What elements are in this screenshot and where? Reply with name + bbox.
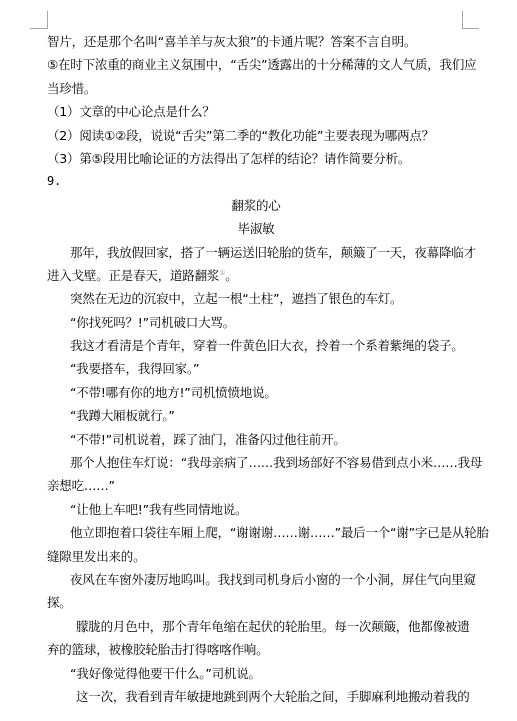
story-line-text: “不带!哪有你的地方!”司机愤愤地说。 xyxy=(70,385,277,400)
story-line-text: 他立即抱着口袋往车厢上爬，“谢谢谢……谢……”最后一个“谢”字已是从轮胎 xyxy=(70,525,489,540)
story-line: 他立即抱着口袋往车厢上爬，“谢谢谢……谢……”最后一个“谢”字已是从轮胎 xyxy=(47,521,465,544)
story-line: 突然在无边的沉寂中，立起一根“土柱”，遮挡了银色的车灯。 xyxy=(47,287,465,310)
question-list: （1）文章的中心论点是什么？ （2）阅读①②段，说说“舌尖”第二季的“教化功能”… xyxy=(47,100,465,170)
story-line-text: “你找死吗？!”司机破口大骂。 xyxy=(70,315,235,330)
story-line: 我这才看清是个青年，穿着一件黄色旧大衣，拎着一个系着紫绳的袋子。 xyxy=(47,334,465,357)
question-number: 9. xyxy=(47,170,465,193)
story-line: “你找死吗？!”司机破口大骂。 xyxy=(47,311,465,334)
story-line-text: “我好像觉得他要干什么。”司机说。 xyxy=(70,666,261,681)
story-title: 翻浆的心 xyxy=(47,194,465,217)
story-line-text: “让他上车吧!”我有些同情地说。 xyxy=(70,502,247,517)
story-body: 那年，我放假回家，搭了一辆运送旧轮胎的货车，颠簸了一天，夜幕降临才进入戈壁。正是… xyxy=(47,241,465,709)
story-line: 亲想吃……” xyxy=(47,474,465,497)
story-line: 那年，我放假回家，搭了一辆运送旧轮胎的货车，颠簸了一天，夜幕降临才 xyxy=(47,241,465,264)
story-line: “不带!哪有你的地方!”司机愤愤地说。 xyxy=(47,381,465,404)
story-line-text: “我要搭车，我得回家。” xyxy=(70,361,199,376)
story-line: 这一次，我看到青年敏捷地跳到两个大轮胎之间，手脚麻利地搬动着我的 xyxy=(47,685,465,708)
story-line-text: “不带!”司机说着，踩了油门，准备闪过他往前开。 xyxy=(70,432,346,447)
question-item: （1）文章的中心论点是什么？ xyxy=(47,100,465,123)
story-line-text: 我这才看清是个青年，穿着一件黄色旧大衣，拎着一个系着紫绳的袋子。 xyxy=(70,338,464,353)
story-line-text: 那个人抱住车灯说：“我母亲病了……我到场部好不容易借到点小米……我母 xyxy=(70,455,482,470)
story-line-text: 弃的篮球，被橡胶轮胎击打得喀喀作响。 xyxy=(47,642,268,657)
story-line-text: 进入戈壁。正是春天，道路翻浆 xyxy=(47,268,219,283)
crop-mark-horizontal xyxy=(30,28,47,29)
story-line-text: 缝隙里发出来的。 xyxy=(47,549,145,564)
story-line: 朦胧的月色中，那个青年龟缩在起伏的轮胎里。每一次颠簸，他都像被遗 xyxy=(47,615,465,638)
story-author: 毕淑敏 xyxy=(47,217,465,240)
story-line-text: 夜风在车窗外凄厉地呜叫。我找到司机身后小窗的一个小洞，屏住气向里窥 xyxy=(70,572,476,587)
story-line: “不带!”司机说着，踩了油门，准备闪过他往前开。 xyxy=(47,428,465,451)
story-line-text: 突然在无边的沉寂中，立起一根“土柱”，遮挡了银色的车灯。 xyxy=(70,291,402,306)
story-line: 弃的篮球，被橡胶轮胎击打得喀喀作响。 xyxy=(47,638,465,661)
paragraph-line: ⑤在时下浓重的商业主义氛围中，“舌尖”透露出的十分稀薄的文人气质，我们应 xyxy=(47,53,465,76)
story-line: “让他上车吧!”我有些同情地说。 xyxy=(47,498,465,521)
question-item: （2）阅读①②段，说说“舌尖”第二季的“教化功能”主要表现为哪两点？ xyxy=(47,124,465,147)
story-line-text: “我蹲大厢板就行。” xyxy=(70,408,175,423)
story-line: 缝隙里发出来的。 xyxy=(47,545,465,568)
story-line-text: 朦胧的月色中，那个青年龟缩在起伏的轮胎里。每一次颠簸，他都像被遗 xyxy=(76,619,470,634)
story-line: 那个人抱住车灯说：“我母亲病了……我到场部好不容易借到点小米……我母 xyxy=(47,451,465,474)
story-line: “我蹲大厢板就行。” xyxy=(47,404,465,427)
story-line-text: 亲想吃……” xyxy=(47,478,115,493)
story-line: 进入戈壁。正是春天，道路翻浆①。 xyxy=(47,264,465,287)
crop-mark-horizontal xyxy=(462,28,479,29)
paragraph-line: 当珍惜。 xyxy=(47,77,465,100)
story-line-text: 那年，我放假回家，搭了一辆运送旧轮胎的货车，颠簸了一天，夜幕降临才 xyxy=(70,245,476,260)
story-line-text: 探。 xyxy=(47,595,72,610)
story: 翻浆的心 毕淑敏 那年，我放假回家，搭了一辆运送旧轮胎的货车，颠簸了一天，夜幕降… xyxy=(47,194,465,709)
paragraph-line: 智片，还是那个名叫“喜羊羊与灰太狼”的卡通片呢？答案不言自明。 xyxy=(47,30,465,53)
story-line: “我要搭车，我得回家。” xyxy=(47,357,465,380)
story-line: “我好像觉得他要干什么。”司机说。 xyxy=(47,662,465,685)
crop-mark-vertical xyxy=(462,11,463,29)
story-line: 夜风在车窗外凄厉地呜叫。我找到司机身后小窗的一个小洞，屏住气向里窥 xyxy=(47,568,465,591)
question-item: （3）第⑤段用比喻论证的方法得出了怎样的结论？请作简要分析。 xyxy=(47,147,465,170)
footnote-marker[interactable]: ① xyxy=(219,269,225,277)
crop-mark-vertical xyxy=(47,11,48,29)
story-line-text: 这一次，我看到青年敏捷地跳到两个大轮胎之间，手脚麻利地搬动着我的 xyxy=(76,689,470,704)
story-line-tail: 。 xyxy=(225,268,237,283)
story-line: 探。 xyxy=(47,591,465,614)
document-page: 智片，还是那个名叫“喜羊羊与灰太狼”的卡通片呢？答案不言自明。 ⑤在时下浓重的商… xyxy=(47,30,465,708)
previous-passage: 智片，还是那个名叫“喜羊羊与灰太狼”的卡通片呢？答案不言自明。 ⑤在时下浓重的商… xyxy=(47,30,465,100)
